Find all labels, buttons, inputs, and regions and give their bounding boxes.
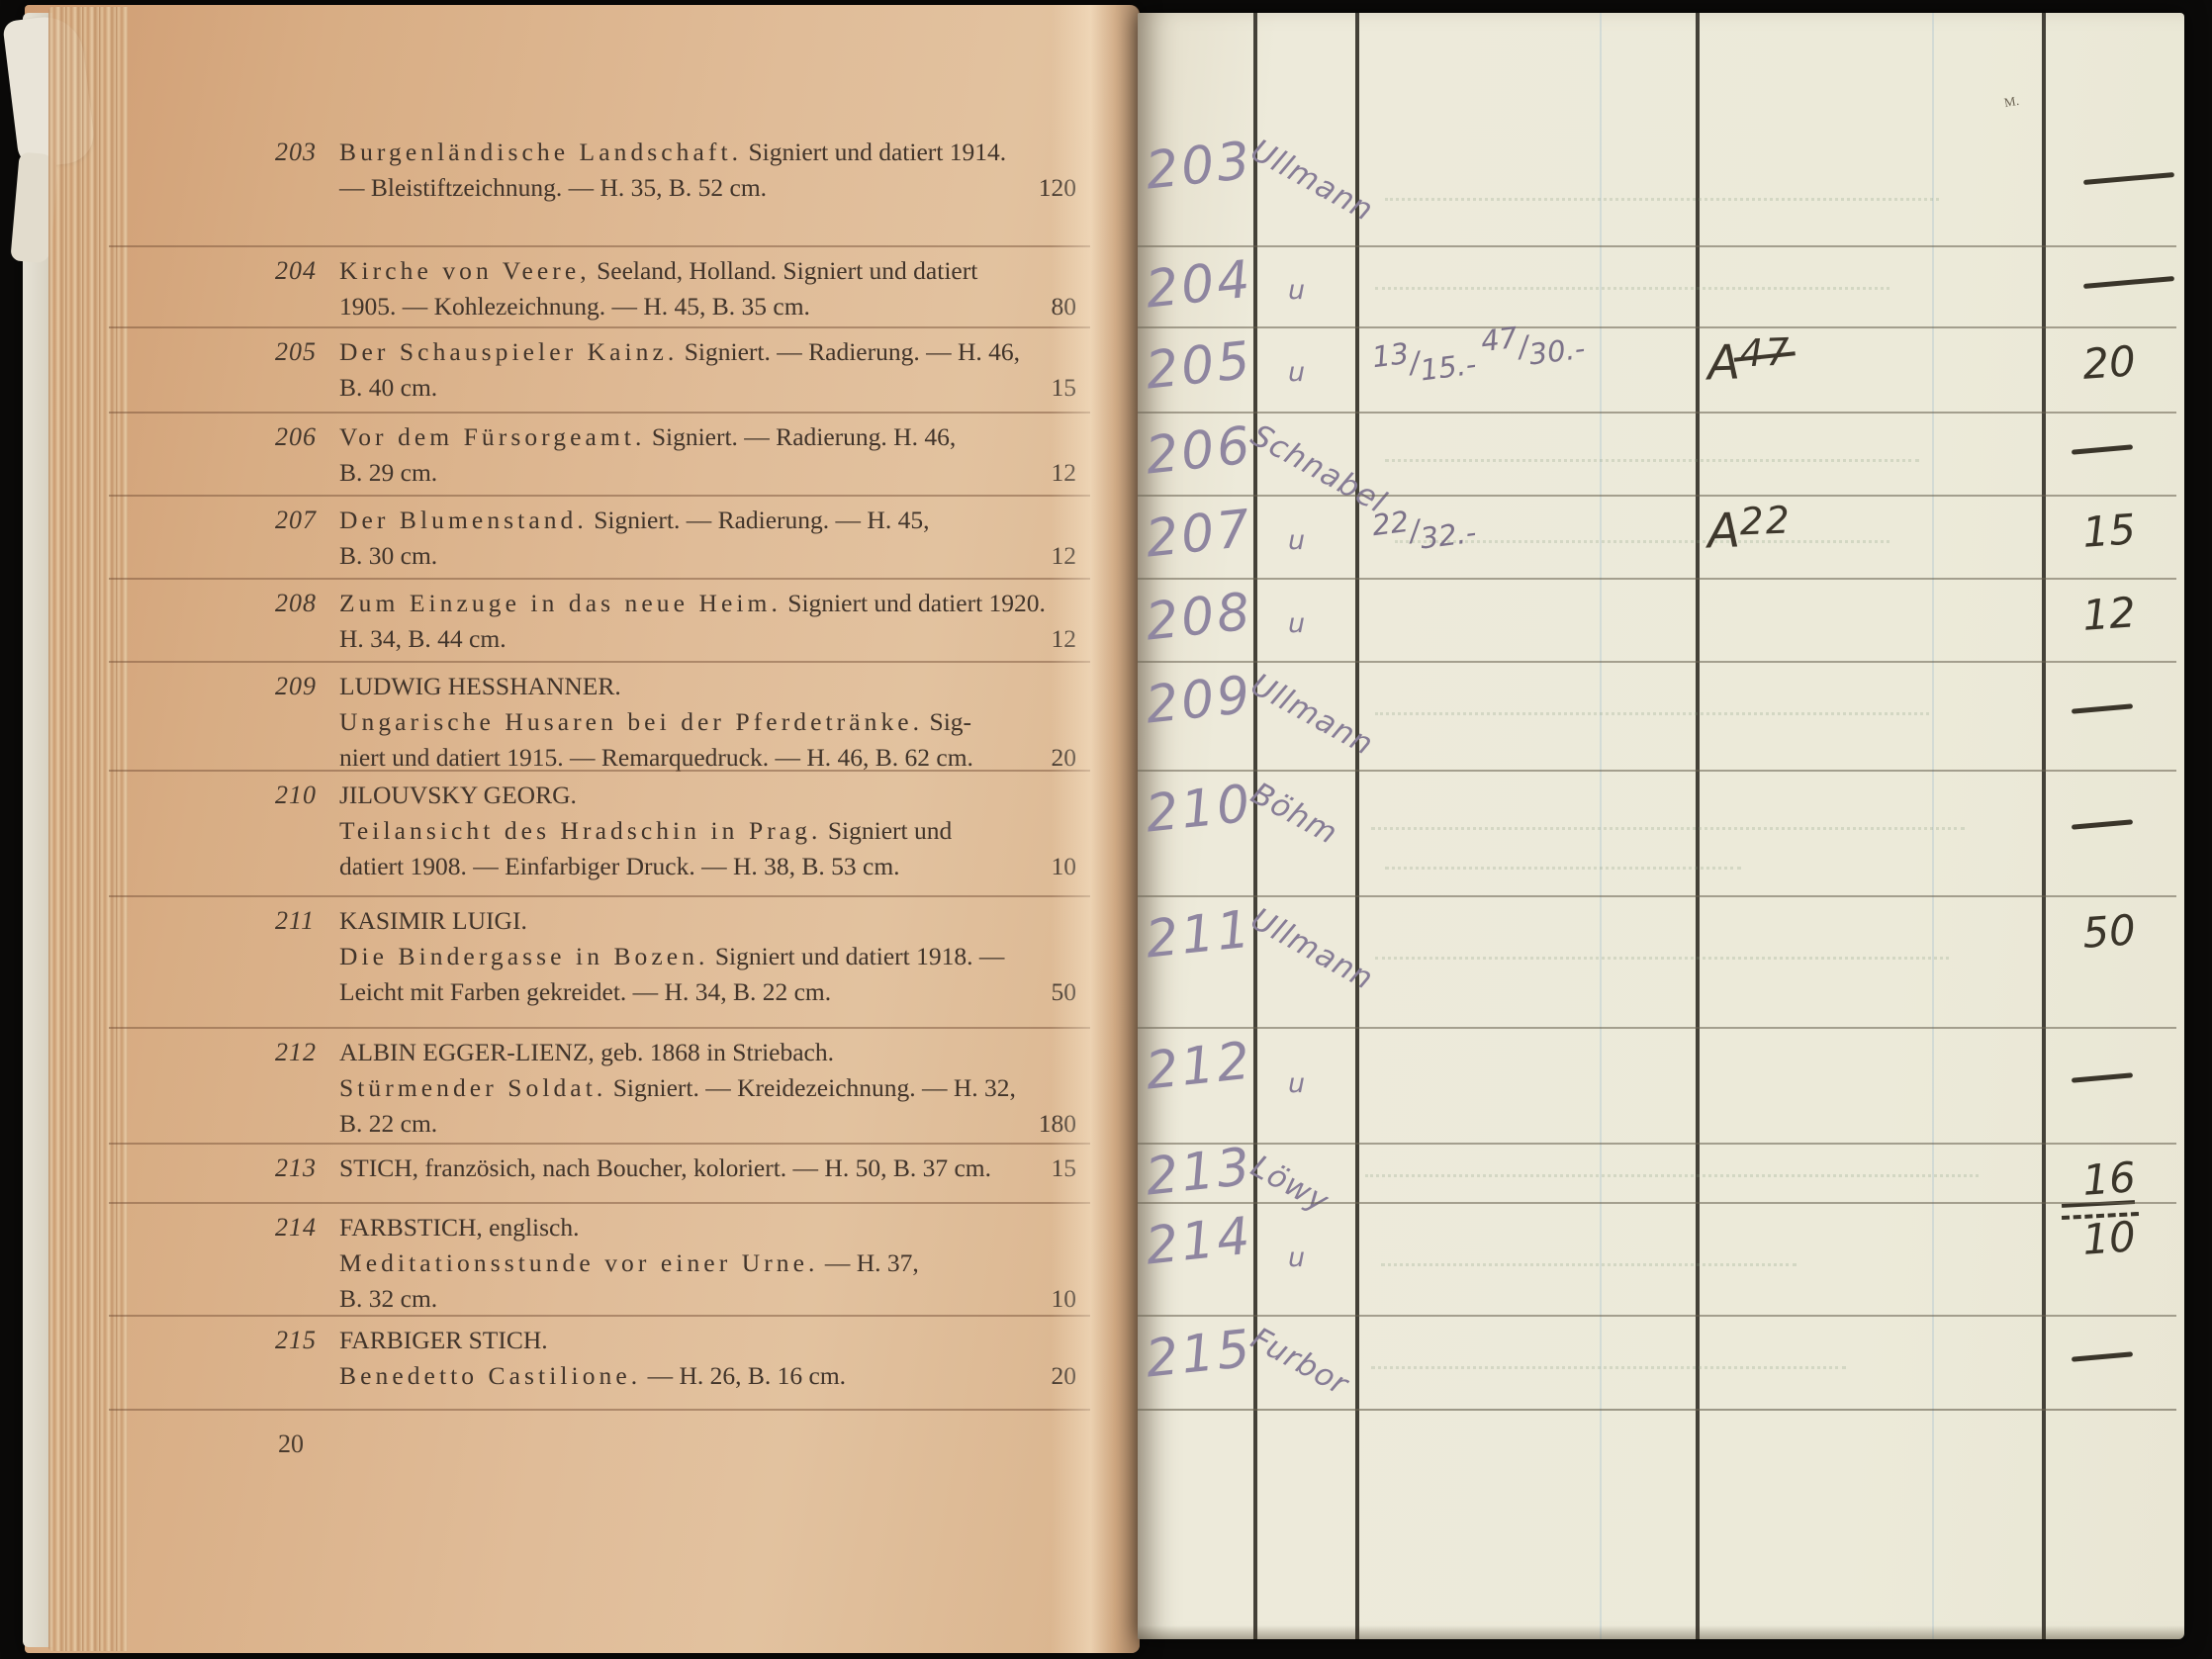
catalog-entry: 213STICH, französich, nach Boucher, kolo… (25, 1145, 1140, 1204)
entry-number: 210 (275, 781, 336, 810)
entry-line: B. 29 cm.12 (339, 455, 1078, 491)
entry-line-text: B. 29 cm. (339, 458, 437, 487)
ledger-lot-number: 211 (1144, 903, 1255, 966)
code-letter: A (1706, 334, 1741, 391)
ledger-lot-number: 210 (1144, 778, 1255, 840)
entry-title-spaced: Stürmender Soldat. (339, 1073, 606, 1102)
result-amount: 15 (2047, 507, 2172, 557)
catalog-entry: 212ALBIN EGGER-LIENZ, geb. 1868 in Strie… (25, 1029, 1140, 1145)
price-denominator: 15.- (1419, 347, 1478, 388)
catalog-entry: 205Der Schauspieler Kainz. Signiert. — R… (25, 328, 1140, 414)
price-numerator: 22 (1370, 505, 1411, 542)
entry-line: niert und datiert 1915. — Remarquedruck.… (339, 740, 1078, 776)
entry-text: Zum Einzuge in das neue Heim. Signiert u… (339, 586, 1078, 657)
entry-title-spaced: Meditationsstunde vor einer Urne. (339, 1248, 818, 1277)
result-amount: 50 (2047, 907, 2172, 958)
entry-text: Der Schauspieler Kainz. Signiert. — Radi… (339, 334, 1078, 406)
entry-title-spaced: Ungarische Husaren bei der Pferdetränke. (339, 707, 923, 736)
result-amount: 12 (2047, 590, 2172, 640)
entry-line-text: ALBIN EGGER-LIENZ, geb. 1868 in Striebac… (339, 1038, 834, 1066)
result-dash (2072, 1072, 2133, 1082)
ledger-lot-number: 213 (1144, 1141, 1255, 1203)
ledger-lot-number: 206 (1144, 419, 1255, 482)
ditto-mark: u (1288, 1243, 1305, 1273)
ledger-lot-number: 208 (1144, 586, 1255, 648)
code-number: 47 (1739, 330, 1793, 376)
ditto-mark: u (1288, 275, 1305, 306)
entry-line: datiert 1908. — Einfarbiger Druck. — H. … (339, 849, 1078, 884)
entry-line-text: B. 32 cm. (339, 1284, 437, 1313)
entry-line-text: Sig- (923, 707, 971, 736)
ledger-row: 214u10 (1138, 1204, 2184, 1317)
entry-number: 214 (275, 1213, 336, 1243)
entry-line-text: Signiert und datiert 1918. — (708, 942, 1004, 970)
entry-text: KASIMIR LUIGI.Die Bindergasse in Bozen. … (339, 903, 1078, 1010)
bleed-through-text (1375, 957, 1949, 967)
bleed-through-text (1371, 1366, 1846, 1376)
catalog-entry: 211KASIMIR LUIGI.Die Bindergasse in Boze… (25, 897, 1140, 1029)
entry-line: Ungarische Husaren bei der Pferdetränke.… (339, 704, 1078, 740)
catalog-entry: 204Kirche von Veere, Seeland, Holland. S… (25, 247, 1140, 328)
entry-title-spaced: Der Schauspieler Kainz. (339, 337, 678, 366)
ledger-price-note: 47/30.- (1480, 323, 1586, 368)
entry-line-text: Signiert und datiert 1920. (782, 589, 1046, 617)
gutter-shadow (1051, 5, 1140, 1653)
ledger-row: 207u22/32.-A2215 (1138, 497, 2184, 580)
ledger-buyer-name: Ullmann (1245, 133, 1380, 229)
entry-number: 207 (275, 506, 336, 535)
ledger-lot-number: 204 (1144, 253, 1255, 316)
bleed-through-text (1385, 867, 1741, 876)
entry-line-text: Signiert und (821, 816, 952, 845)
entry-line-text: STICH, französich, nach Boucher, kolorie… (339, 1153, 991, 1182)
entry-line: KASIMIR LUIGI. (339, 903, 1078, 939)
ditto-mark: u (1288, 357, 1305, 388)
entry-text: FARBSTICH, englisch.Meditationsstunde vo… (339, 1210, 1078, 1317)
code-letter: A (1706, 503, 1741, 559)
ledger-row: 208u12 (1138, 580, 2184, 663)
catalog-entry: 215FARBIGER STICH.Benedetto Castilione. … (25, 1317, 1140, 1411)
result-dash (2072, 819, 2133, 829)
entry-line-text: LUDWIG HESSHANNER. (339, 672, 621, 700)
catalog-page: 203Burgenländische Landschaft. Signiert … (25, 5, 1140, 1653)
entry-line-text: B. 22 cm. (339, 1109, 437, 1138)
catalog-entry: 208Zum Einzuge in das neue Heim. Signier… (25, 580, 1140, 663)
entry-number: 203 (275, 138, 336, 167)
ledger-lot-number: 207 (1144, 503, 1255, 565)
ledger-price-note: 13/15.- (1371, 338, 1477, 384)
entry-title-spaced: Die Bindergasse in Bozen. (339, 942, 708, 970)
catalog-entry: 203Burgenländische Landschaft. Signiert … (25, 129, 1140, 247)
ledger-lot-number: 214 (1144, 1210, 1255, 1272)
entry-line: Der Schauspieler Kainz. Signiert. — Radi… (339, 334, 1078, 370)
ledger-code-note: A22 (1706, 506, 1793, 556)
entry-line: 1905. — Kohlezeichnung. — H. 45, B. 35 c… (339, 289, 1078, 324)
result-amount: 16 (2047, 1154, 2172, 1205)
entry-line: Vor dem Fürsorgeamt. Signiert. — Radieru… (339, 419, 1078, 455)
ledger-lot-number: 209 (1144, 669, 1255, 731)
entry-number: 211 (275, 906, 336, 936)
bleed-through-text (1385, 459, 1919, 469)
entry-text: Der Blumenstand. Signiert. — Radierung. … (339, 503, 1078, 574)
catalog-entry: 209LUDWIG HESSHANNER.Ungarische Husaren … (25, 663, 1140, 772)
price-numerator: 13 (1370, 336, 1411, 374)
result-dash (2083, 172, 2174, 185)
entry-number: 213 (275, 1153, 336, 1183)
entry-line: Die Bindergasse in Bozen. Signiert und d… (339, 939, 1078, 974)
ledger-row: 210Böhm (1138, 772, 2184, 897)
entry-line: B. 22 cm.180 (339, 1106, 1078, 1142)
ledger-row: 205u13/15.-47/30.-A4720 (1138, 328, 2184, 414)
bleed-through-text (1365, 1174, 1979, 1184)
result-dash (2072, 1351, 2133, 1361)
book-spread-photo: 203Burgenländische Landschaft. Signiert … (0, 0, 2212, 1659)
ledger-price-note: 22/32.- (1371, 507, 1477, 552)
entry-line: Meditationsstunde vor einer Urne. — H. 3… (339, 1245, 1078, 1281)
entry-line: Stürmender Soldat. Signiert. — Kreidezei… (339, 1070, 1078, 1106)
result-amount: 20 (2047, 338, 2172, 389)
bleed-through-text (1371, 827, 1965, 837)
entry-line: B. 32 cm.10 (339, 1281, 1078, 1317)
entry-line: Benedetto Castilione. — H. 26, B. 16 cm.… (339, 1358, 1078, 1394)
ledger-code-note: A47 (1706, 337, 1793, 388)
entry-line: FARBSTICH, englisch. (339, 1210, 1078, 1245)
entry-number: 206 (275, 422, 336, 452)
entry-line: Kirche von Veere, Seeland, Holland. Sign… (339, 253, 1078, 289)
entry-line-text: Signiert. — Radierung. — H. 46, (678, 337, 1020, 366)
ditto-mark: u (1288, 1068, 1305, 1099)
entry-line-text: B. 30 cm. (339, 541, 437, 570)
entry-line-text: B. 40 cm. (339, 373, 437, 402)
entry-line-text: FARBSTICH, englisch. (339, 1213, 580, 1242)
bleed-through-text (1385, 198, 1939, 208)
ledger-buyer-name: Ullmann (1245, 901, 1380, 997)
entry-title-spaced: Zum Einzuge in das neue Heim. (339, 589, 782, 617)
entry-line-text: KASIMIR LUIGI. (339, 906, 527, 935)
ledger-row: 211Ullmann50 (1138, 897, 2184, 1029)
entry-line: B. 30 cm.12 (339, 538, 1078, 574)
entry-line-text: JILOUVSKY GEORG. (339, 781, 577, 809)
entry-text: Vor dem Fürsorgeamt. Signiert. — Radieru… (339, 419, 1078, 491)
entry-line-text: — H. 26, B. 16 cm. (641, 1361, 846, 1390)
ledger-row: 203Ullmann (1138, 129, 2184, 247)
entry-text: Kirche von Veere, Seeland, Holland. Sign… (339, 253, 1078, 324)
entry-text: ALBIN EGGER-LIENZ, geb. 1868 in Striebac… (339, 1035, 1078, 1142)
catalog-entry: 210JILOUVSKY GEORG.Teilansicht des Hrads… (25, 772, 1140, 897)
ledger-rows: 203Ullmann204u205u13/15.-47/30.-A4720206… (1138, 129, 2184, 1411)
entry-line: H. 34, B. 44 cm.12 (339, 621, 1078, 657)
ledger-lot-number: 212 (1144, 1035, 1255, 1097)
entry-line: ALBIN EGGER-LIENZ, geb. 1868 in Striebac… (339, 1035, 1078, 1070)
entry-line: B. 40 cm.15 (339, 370, 1078, 406)
entry-line: FARBIGER STICH. (339, 1323, 1078, 1358)
catalog-entries: 203Burgenländische Landschaft. Signiert … (25, 129, 1140, 1411)
entry-title-spaced: Kirche von Veere, (339, 256, 591, 285)
entry-number: 208 (275, 589, 336, 618)
entry-line: Teilansicht des Hradschin in Prag. Signi… (339, 813, 1078, 849)
entry-line-text: Seeland, Holland. Signiert und datiert (591, 256, 978, 285)
entry-title-spaced: Der Blumenstand. (339, 506, 588, 534)
entry-line-text: — Bleistiftzeichnung. — H. 35, B. 52 cm. (339, 173, 767, 202)
bleed-through-text (1375, 712, 1929, 722)
ledger-row: 212u (1138, 1029, 2184, 1145)
entry-line-text: Signiert. — Radierung. — H. 45, (588, 506, 930, 534)
ledger-row: 204u (1138, 247, 2184, 328)
entry-text: STICH, französich, nach Boucher, kolorie… (339, 1151, 1078, 1186)
price-denominator: 30.- (1527, 331, 1587, 372)
entry-number: 205 (275, 337, 336, 367)
entry-line-text: datiert 1908. — Einfarbiger Druck. — H. … (339, 852, 900, 880)
result-dash (2072, 703, 2133, 713)
catalog-entry: 206Vor dem Fürsorgeamt. Signiert. — Radi… (25, 414, 1140, 497)
entry-number: 212 (275, 1038, 336, 1067)
entry-line-text: 1905. — Kohlezeichnung. — H. 45, B. 35 c… (339, 292, 810, 321)
catalog-entry: 207Der Blumenstand. Signiert. — Radierun… (25, 497, 1140, 580)
price-denominator: 32.- (1419, 515, 1478, 556)
entry-text: LUDWIG HESSHANNER.Ungarische Husaren bei… (339, 669, 1078, 776)
entry-text: Burgenländische Landschaft. Signiert und… (339, 135, 1078, 206)
ledger-row: 215Furbor (1138, 1317, 2184, 1411)
entry-line: Leicht mit Farben gekreidet. — H. 34, B.… (339, 974, 1078, 1010)
entry-title-spaced: Teilansicht des Hradschin in Prag. (339, 816, 821, 845)
entry-line-text: FARBIGER STICH. (339, 1326, 548, 1354)
entry-line: Burgenländische Landschaft. Signiert und… (339, 135, 1078, 170)
entry-line: STICH, französich, nach Boucher, kolorie… (339, 1151, 1078, 1186)
entry-line: Der Blumenstand. Signiert. — Radierung. … (339, 503, 1078, 538)
stray-ink-mark: M. (2003, 93, 2020, 111)
page-number: 20 (278, 1429, 304, 1459)
entry-line: LUDWIG HESSHANNER. (339, 669, 1078, 704)
entry-number: 209 (275, 672, 336, 701)
entry-line-text: Signiert. — Kreidezeichnung. — H. 32, (606, 1073, 1016, 1102)
ledger-buyer-name: Ullmann (1245, 667, 1380, 763)
ledger-row: 209Ullmann (1138, 663, 2184, 772)
ledger-lot-number: 215 (1144, 1323, 1255, 1385)
ledger-lot-number: 203 (1144, 135, 1255, 197)
entry-line-text: Signiert. — Radierung. H. 46, (645, 422, 956, 451)
ledger-page: M. 203Ullmann204u205u13/15.-47/30.-A4720… (1138, 13, 2184, 1639)
price-numerator: 47 (1479, 321, 1520, 358)
ledger-row: 206Schnabel (1138, 414, 2184, 497)
ditto-mark: u (1288, 525, 1305, 556)
entry-line-text: H. 34, B. 44 cm. (339, 624, 507, 653)
bleed-through-text (1375, 287, 1889, 297)
entry-line-text: Leicht mit Farben gekreidet. — H. 34, B.… (339, 977, 831, 1006)
ledger-row: 213Löwy16 (1138, 1145, 2184, 1204)
catalog-entry: 214FARBSTICH, englisch.Meditationsstunde… (25, 1204, 1140, 1317)
entry-title-spaced: Benedetto Castilione. (339, 1361, 641, 1390)
entry-line-text: Signiert und datiert 1914. (742, 138, 1006, 166)
ledger-lot-number: 205 (1144, 334, 1255, 397)
entry-line: Zum Einzuge in das neue Heim. Signiert u… (339, 586, 1078, 621)
entry-line-text: — H. 37, (818, 1248, 918, 1277)
result-dash (2072, 444, 2133, 454)
entry-text: FARBIGER STICH.Benedetto Castilione. — H… (339, 1323, 1078, 1394)
entry-title-spaced: Burgenländische Landschaft. (339, 138, 742, 166)
entry-line: JILOUVSKY GEORG. (339, 778, 1078, 813)
bleed-through-text (1381, 1263, 1797, 1273)
result-dash (2083, 276, 2174, 289)
entry-line: — Bleistiftzeichnung. — H. 35, B. 52 cm.… (339, 170, 1078, 206)
code-number: 22 (1739, 499, 1793, 544)
entry-number: 204 (275, 256, 336, 286)
page-bottom-shadow (1138, 1625, 2184, 1639)
entry-number: 215 (275, 1326, 336, 1355)
ledger-buyer-name: Furbor (1245, 1321, 1354, 1403)
ledger-buyer-name: Böhm (1245, 776, 1344, 852)
entry-line-text: niert und datiert 1915. — Remarquedruck.… (339, 743, 973, 772)
result-amount: 10 (2047, 1214, 2172, 1264)
entry-title-spaced: Vor dem Fürsorgeamt. (339, 422, 645, 451)
entry-text: JILOUVSKY GEORG.Teilansicht des Hradschi… (339, 778, 1078, 884)
ditto-mark: u (1288, 608, 1305, 639)
